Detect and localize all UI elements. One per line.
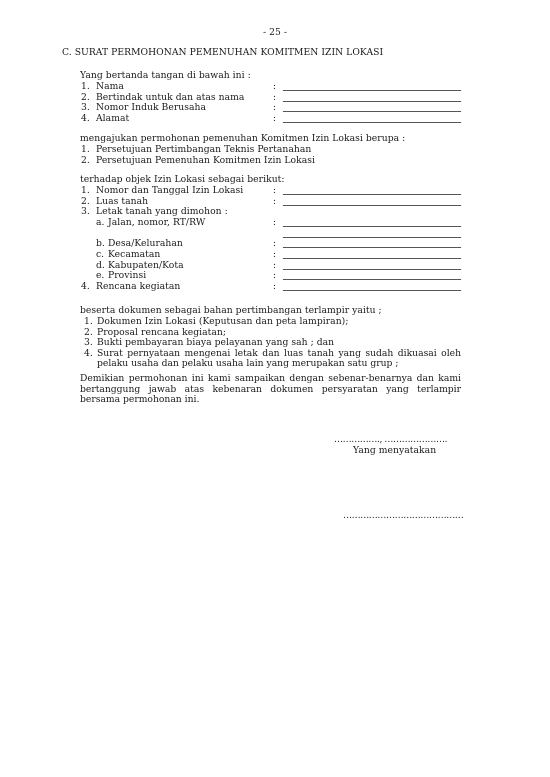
field-input-line[interactable] [283, 226, 461, 227]
field-number: c. [96, 250, 104, 261]
field-input-line[interactable] [283, 194, 461, 195]
field-number: a. [96, 218, 104, 229]
signature-name-line: …………………………………… [343, 511, 463, 521]
field-number: 3. [81, 207, 90, 218]
field-colon: : [273, 271, 276, 282]
list-number: 4. [84, 349, 93, 360]
field-colon: : [273, 282, 276, 293]
field-label: Nama [96, 82, 124, 93]
field-input-line[interactable] [283, 111, 461, 112]
field-colon: : [273, 114, 276, 125]
list-item: Persetujuan Pemenuhan Komitmen Izin Loka… [96, 156, 315, 167]
field-colon: : [273, 103, 276, 114]
field-colon: : [273, 186, 276, 197]
signature-place-date: ……………., …………………. [334, 435, 447, 445]
page-number: - 25 - [0, 28, 550, 39]
field-colon: : [273, 93, 276, 104]
field-colon: : [273, 239, 276, 250]
field-colon: : [273, 218, 276, 229]
list-number: 1. [84, 317, 93, 328]
field-input-line[interactable] [283, 247, 461, 248]
heading: C. SURAT PERMOHONAN PEMENUHAN KOMITMEN I… [62, 48, 383, 59]
list-number: 2. [81, 156, 90, 167]
object-intro: terhadap objek Izin Lokasi sebagai berik… [80, 175, 285, 186]
field-number: 4. [81, 114, 90, 125]
applicant-intro: Yang bertanda tangan di bawah ini : [80, 71, 251, 82]
request-intro: mengajukan permohonan pemenuhan Komitmen… [80, 134, 405, 145]
signature-label: Yang menyatakan [353, 446, 436, 457]
list-item: Surat pernyataan mengenai letak dan luas… [97, 349, 461, 370]
field-number: 4. [81, 282, 90, 293]
field-number: 1. [81, 82, 90, 93]
field-input-line[interactable] [283, 269, 461, 270]
closing-paragraph: Demikian permohonan ini kami sampaikan d… [80, 374, 461, 406]
field-label: Jalan, nomor, RT/RW [108, 218, 205, 229]
field-input-line[interactable] [283, 290, 461, 291]
field-label: Kecamatan [108, 250, 160, 261]
field-label: Nomor dan Tanggal Izin Lokasi [96, 186, 243, 197]
list-item: Persetujuan Pertimbangan Teknis Pertanah… [96, 145, 311, 156]
field-number: 1. [81, 186, 90, 197]
attachments-intro: beserta dokumen sebagai bahan pertimbang… [80, 306, 382, 317]
field-label: Alamat [96, 114, 129, 125]
field-input-line[interactable] [283, 122, 461, 123]
field-input-line[interactable] [283, 101, 461, 102]
field-colon: : [273, 250, 276, 261]
field-input-line[interactable] [283, 205, 461, 206]
list-item: Dokumen Izin Lokasi (Keputusan dan peta … [97, 317, 348, 328]
field-label: Rencana kegiatan [96, 282, 180, 293]
list-number: 1. [81, 145, 90, 156]
field-input-line[interactable] [283, 90, 461, 91]
field-input-line[interactable] [283, 279, 461, 280]
field-colon: : [273, 197, 276, 208]
field-input-line[interactable] [283, 258, 461, 259]
field-colon: : [273, 261, 276, 272]
field-input-line[interactable] [283, 237, 461, 238]
field-colon: : [273, 82, 276, 93]
